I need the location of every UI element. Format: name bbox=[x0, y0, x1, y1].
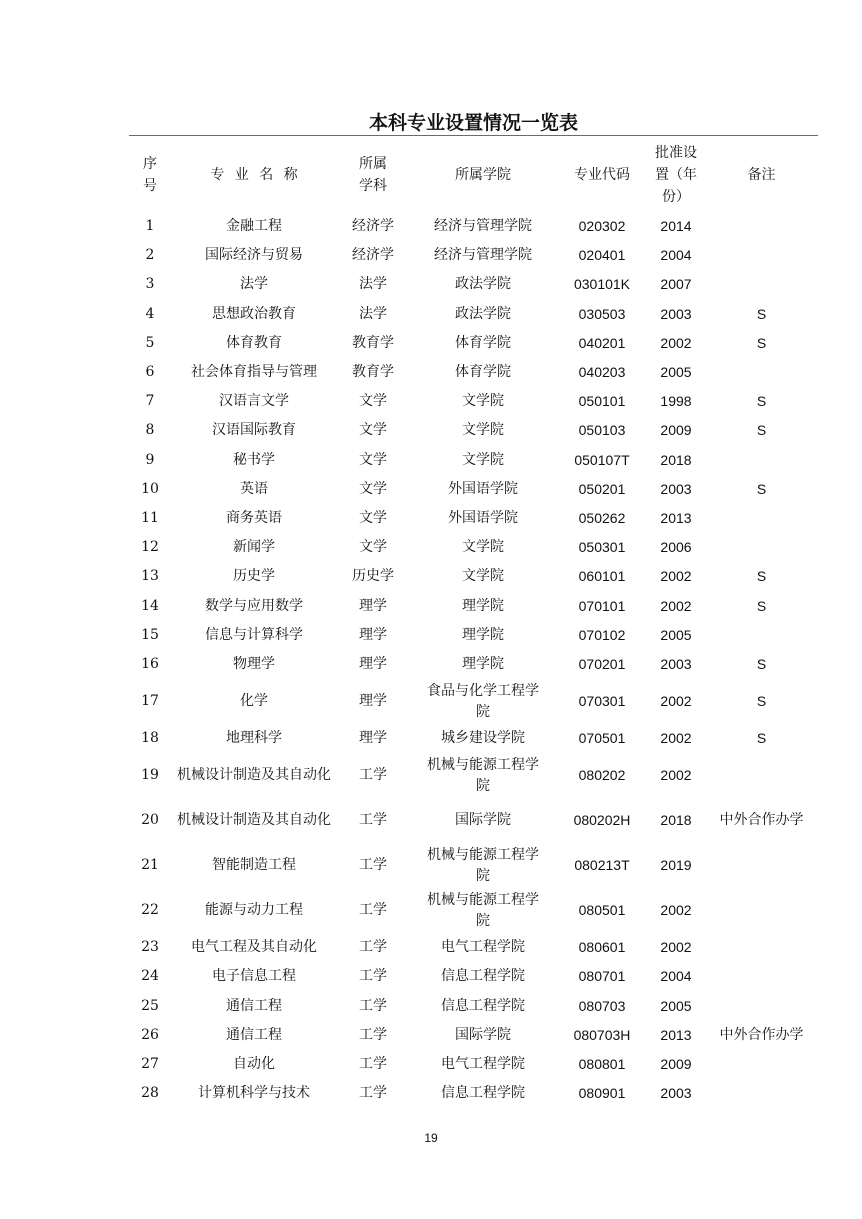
table-row: 3法学法学政法学院030101K2007 bbox=[129, 270, 818, 299]
cell-code: 040203 bbox=[557, 358, 647, 387]
cell-year: 2003 bbox=[647, 300, 705, 329]
cell-note: S bbox=[705, 387, 818, 416]
table-row: 23电气工程及其自动化工学电气工程学院0806012002 bbox=[129, 933, 818, 962]
header-name: 专 业 名 称 bbox=[171, 138, 337, 212]
cell-year: 2002 bbox=[647, 679, 705, 724]
table-row: 5体育教育教育学体育学院0402012002S bbox=[129, 329, 818, 358]
cell-year: 2002 bbox=[647, 933, 705, 962]
cell-year: 2009 bbox=[647, 416, 705, 445]
cell-note: S bbox=[705, 679, 818, 724]
cell-year: 2009 bbox=[647, 1050, 705, 1079]
cell-no: 22 bbox=[129, 888, 171, 933]
cell-no: 27 bbox=[129, 1050, 171, 1079]
table-row: 7汉语言文学文学文学院0501011998S bbox=[129, 387, 818, 416]
cell-college: 政法学院 bbox=[409, 270, 557, 299]
cell-note bbox=[705, 446, 818, 475]
cell-name: 社会体育指导与管理 bbox=[171, 358, 337, 387]
cell-discipline: 工学 bbox=[337, 1021, 409, 1050]
cell-year: 2002 bbox=[647, 562, 705, 591]
table-row: 13历史学历史学文学院0601012002S bbox=[129, 562, 818, 591]
cell-name: 电子信息工程 bbox=[171, 962, 337, 991]
cell-year: 2005 bbox=[647, 358, 705, 387]
cell-discipline: 教育学 bbox=[337, 358, 409, 387]
cell-year: 2003 bbox=[647, 1079, 705, 1108]
cell-name: 化学 bbox=[171, 679, 337, 724]
cell-college: 理学院 bbox=[409, 621, 557, 650]
cell-discipline: 工学 bbox=[337, 962, 409, 991]
cell-note bbox=[705, 270, 818, 299]
table-row: 21智能制造工程工学机械与能源工程学院080213T2019 bbox=[129, 843, 818, 888]
cell-note: S bbox=[705, 416, 818, 445]
title-rule bbox=[129, 135, 818, 136]
cell-code: 080213T bbox=[557, 843, 647, 888]
cell-no: 13 bbox=[129, 562, 171, 591]
cell-code: 030101K bbox=[557, 270, 647, 299]
cell-note bbox=[705, 1079, 818, 1108]
cell-name: 国际经济与贸易 bbox=[171, 241, 337, 270]
page-number: 19 bbox=[0, 1131, 862, 1145]
cell-name: 机械设计制造及其自动化 bbox=[171, 753, 337, 798]
cell-code: 080703 bbox=[557, 992, 647, 1021]
cell-year: 2005 bbox=[647, 992, 705, 1021]
cell-code: 050301 bbox=[557, 533, 647, 562]
table-row: 4思想政治教育法学政法学院0305032003S bbox=[129, 300, 818, 329]
cell-college: 经济与管理学院 bbox=[409, 241, 557, 270]
cell-code: 080703H bbox=[557, 1021, 647, 1050]
cell-year: 2006 bbox=[647, 533, 705, 562]
cell-code: 050101 bbox=[557, 387, 647, 416]
cell-discipline: 工学 bbox=[337, 798, 409, 843]
cell-no: 5 bbox=[129, 329, 171, 358]
cell-year: 2004 bbox=[647, 241, 705, 270]
cell-college: 国际学院 bbox=[409, 1021, 557, 1050]
cell-discipline: 理学 bbox=[337, 621, 409, 650]
cell-note bbox=[705, 621, 818, 650]
header-no: 序号 bbox=[129, 138, 171, 212]
cell-no: 9 bbox=[129, 446, 171, 475]
table-row: 11商务英语文学外国语学院0502622013 bbox=[129, 504, 818, 533]
cell-college: 机械与能源工程学院 bbox=[409, 753, 557, 798]
cell-college: 体育学院 bbox=[409, 358, 557, 387]
cell-note bbox=[705, 933, 818, 962]
cell-discipline: 法学 bbox=[337, 270, 409, 299]
table-header-row: 序号 专 业 名 称 所属学科 所属学院 专业代码 批准设置（年份） 备注 bbox=[129, 138, 818, 212]
cell-year: 2018 bbox=[647, 446, 705, 475]
cell-discipline: 工学 bbox=[337, 933, 409, 962]
cell-note bbox=[705, 1050, 818, 1079]
cell-note bbox=[705, 358, 818, 387]
document-page: 本科专业设置情况一览表 序号 专 业 名 称 所属学科 所属学院 专业代码 批准… bbox=[0, 0, 862, 1219]
cell-no: 16 bbox=[129, 650, 171, 679]
cell-no: 20 bbox=[129, 798, 171, 843]
cell-discipline: 文学 bbox=[337, 416, 409, 445]
cell-college: 电气工程学院 bbox=[409, 1050, 557, 1079]
cell-year: 2002 bbox=[647, 724, 705, 753]
header-discipline: 所属学科 bbox=[337, 138, 409, 212]
cell-college: 文学院 bbox=[409, 387, 557, 416]
cell-note: S bbox=[705, 591, 818, 620]
cell-college: 文学院 bbox=[409, 533, 557, 562]
cell-note bbox=[705, 888, 818, 933]
cell-no: 14 bbox=[129, 591, 171, 620]
table-row: 25通信工程工学信息工程学院0807032005 bbox=[129, 992, 818, 1021]
cell-name: 历史学 bbox=[171, 562, 337, 591]
cell-discipline: 理学 bbox=[337, 591, 409, 620]
cell-discipline: 理学 bbox=[337, 724, 409, 753]
table-row: 19机械设计制造及其自动化工学机械与能源工程学院0802022002 bbox=[129, 753, 818, 798]
cell-note bbox=[705, 992, 818, 1021]
cell-code: 080202H bbox=[557, 798, 647, 843]
cell-college: 理学院 bbox=[409, 650, 557, 679]
cell-code: 050107T bbox=[557, 446, 647, 475]
cell-college: 食品与化学工程学院 bbox=[409, 679, 557, 724]
cell-name: 自动化 bbox=[171, 1050, 337, 1079]
cell-name: 能源与动力工程 bbox=[171, 888, 337, 933]
cell-no: 21 bbox=[129, 843, 171, 888]
cell-code: 040201 bbox=[557, 329, 647, 358]
table-row: 8汉语国际教育文学文学院0501032009S bbox=[129, 416, 818, 445]
cell-name: 商务英语 bbox=[171, 504, 337, 533]
cell-year: 2002 bbox=[647, 591, 705, 620]
cell-year: 2007 bbox=[647, 270, 705, 299]
cell-discipline: 文学 bbox=[337, 475, 409, 504]
cell-college: 文学院 bbox=[409, 446, 557, 475]
cell-discipline: 经济学 bbox=[337, 212, 409, 241]
cell-note bbox=[705, 962, 818, 991]
cell-name: 汉语言文学 bbox=[171, 387, 337, 416]
table-row: 10英语文学外国语学院0502012003S bbox=[129, 475, 818, 504]
cell-discipline: 文学 bbox=[337, 533, 409, 562]
cell-name: 金融工程 bbox=[171, 212, 337, 241]
cell-name: 物理学 bbox=[171, 650, 337, 679]
cell-note bbox=[705, 533, 818, 562]
cell-discipline: 工学 bbox=[337, 843, 409, 888]
cell-note bbox=[705, 212, 818, 241]
cell-year: 2002 bbox=[647, 888, 705, 933]
header-note: 备注 bbox=[705, 138, 818, 212]
cell-discipline: 理学 bbox=[337, 679, 409, 724]
header-code: 专业代码 bbox=[557, 138, 647, 212]
cell-code: 080801 bbox=[557, 1050, 647, 1079]
table-row: 28计算机科学与技术工学信息工程学院0809012003 bbox=[129, 1079, 818, 1108]
table-row: 24电子信息工程工学信息工程学院0807012004 bbox=[129, 962, 818, 991]
cell-no: 26 bbox=[129, 1021, 171, 1050]
cell-name: 通信工程 bbox=[171, 992, 337, 1021]
page-title: 本科专业设置情况一览表 bbox=[129, 108, 818, 135]
cell-note bbox=[705, 241, 818, 270]
cell-discipline: 文学 bbox=[337, 504, 409, 533]
table-row: 20机械设计制造及其自动化工学国际学院080202H2018中外合作办学 bbox=[129, 798, 818, 843]
cell-code: 080501 bbox=[557, 888, 647, 933]
cell-no: 24 bbox=[129, 962, 171, 991]
cell-code: 020302 bbox=[557, 212, 647, 241]
cell-discipline: 工学 bbox=[337, 992, 409, 1021]
cell-discipline: 工学 bbox=[337, 1050, 409, 1079]
cell-year: 2002 bbox=[647, 329, 705, 358]
cell-no: 8 bbox=[129, 416, 171, 445]
cell-code: 070201 bbox=[557, 650, 647, 679]
cell-name: 信息与计算科学 bbox=[171, 621, 337, 650]
cell-discipline: 法学 bbox=[337, 300, 409, 329]
cell-college: 理学院 bbox=[409, 591, 557, 620]
cell-name: 新闻学 bbox=[171, 533, 337, 562]
cell-discipline: 教育学 bbox=[337, 329, 409, 358]
table-body: 1金融工程经济学经济与管理学院02030220142国际经济与贸易经济学经济与管… bbox=[129, 212, 818, 1108]
table-row: 14数学与应用数学理学理学院0701012002S bbox=[129, 591, 818, 620]
cell-year: 2018 bbox=[647, 798, 705, 843]
cell-name: 地理科学 bbox=[171, 724, 337, 753]
cell-no: 1 bbox=[129, 212, 171, 241]
cell-college: 政法学院 bbox=[409, 300, 557, 329]
cell-college: 电气工程学院 bbox=[409, 933, 557, 962]
cell-code: 080701 bbox=[557, 962, 647, 991]
cell-code: 030503 bbox=[557, 300, 647, 329]
cell-year: 2003 bbox=[647, 475, 705, 504]
cell-year: 1998 bbox=[647, 387, 705, 416]
majors-table: 序号 专 业 名 称 所属学科 所属学院 专业代码 批准设置（年份） 备注 1金… bbox=[129, 138, 818, 1108]
cell-college: 机械与能源工程学院 bbox=[409, 888, 557, 933]
cell-discipline: 文学 bbox=[337, 446, 409, 475]
cell-name: 计算机科学与技术 bbox=[171, 1079, 337, 1108]
cell-no: 23 bbox=[129, 933, 171, 962]
cell-discipline: 历史学 bbox=[337, 562, 409, 591]
cell-name: 秘书学 bbox=[171, 446, 337, 475]
cell-name: 电气工程及其自动化 bbox=[171, 933, 337, 962]
cell-code: 070102 bbox=[557, 621, 647, 650]
cell-name: 法学 bbox=[171, 270, 337, 299]
cell-college: 城乡建设学院 bbox=[409, 724, 557, 753]
cell-note: 中外合作办学 bbox=[705, 798, 818, 843]
cell-discipline: 工学 bbox=[337, 888, 409, 933]
cell-no: 28 bbox=[129, 1079, 171, 1108]
header-year: 批准设置（年份） bbox=[647, 138, 705, 212]
cell-note: S bbox=[705, 724, 818, 753]
table-row: 26通信工程工学国际学院080703H2013中外合作办学 bbox=[129, 1021, 818, 1050]
cell-discipline: 工学 bbox=[337, 1079, 409, 1108]
cell-no: 6 bbox=[129, 358, 171, 387]
cell-name: 思想政治教育 bbox=[171, 300, 337, 329]
cell-no: 18 bbox=[129, 724, 171, 753]
cell-no: 11 bbox=[129, 504, 171, 533]
cell-no: 25 bbox=[129, 992, 171, 1021]
cell-note: S bbox=[705, 300, 818, 329]
cell-code: 080202 bbox=[557, 753, 647, 798]
cell-no: 2 bbox=[129, 241, 171, 270]
cell-code: 060101 bbox=[557, 562, 647, 591]
header-college: 所属学院 bbox=[409, 138, 557, 212]
cell-note bbox=[705, 753, 818, 798]
cell-discipline: 文学 bbox=[337, 387, 409, 416]
cell-note: S bbox=[705, 475, 818, 504]
cell-no: 7 bbox=[129, 387, 171, 416]
table-row: 12新闻学文学文学院0503012006 bbox=[129, 533, 818, 562]
cell-note: S bbox=[705, 650, 818, 679]
cell-name: 通信工程 bbox=[171, 1021, 337, 1050]
cell-name: 英语 bbox=[171, 475, 337, 504]
table-row: 1金融工程经济学经济与管理学院0203022014 bbox=[129, 212, 818, 241]
cell-no: 17 bbox=[129, 679, 171, 724]
cell-college: 信息工程学院 bbox=[409, 992, 557, 1021]
cell-year: 2019 bbox=[647, 843, 705, 888]
cell-discipline: 经济学 bbox=[337, 241, 409, 270]
cell-note: S bbox=[705, 562, 818, 591]
cell-college: 经济与管理学院 bbox=[409, 212, 557, 241]
cell-code: 070301 bbox=[557, 679, 647, 724]
cell-college: 国际学院 bbox=[409, 798, 557, 843]
cell-code: 070501 bbox=[557, 724, 647, 753]
cell-name: 体育教育 bbox=[171, 329, 337, 358]
cell-year: 2003 bbox=[647, 650, 705, 679]
table-row: 15信息与计算科学理学理学院0701022005 bbox=[129, 621, 818, 650]
table-row: 18地理科学理学城乡建设学院0705012002S bbox=[129, 724, 818, 753]
cell-college: 信息工程学院 bbox=[409, 1079, 557, 1108]
cell-name: 机械设计制造及其自动化 bbox=[171, 798, 337, 843]
cell-year: 2013 bbox=[647, 504, 705, 533]
cell-year: 2014 bbox=[647, 212, 705, 241]
cell-college: 外国语学院 bbox=[409, 504, 557, 533]
cell-college: 体育学院 bbox=[409, 329, 557, 358]
table-row: 6社会体育指导与管理教育学体育学院0402032005 bbox=[129, 358, 818, 387]
table-row: 16物理学理学理学院0702012003S bbox=[129, 650, 818, 679]
cell-no: 19 bbox=[129, 753, 171, 798]
cell-no: 12 bbox=[129, 533, 171, 562]
cell-college: 文学院 bbox=[409, 562, 557, 591]
cell-note: 中外合作办学 bbox=[705, 1021, 818, 1050]
cell-code: 050262 bbox=[557, 504, 647, 533]
cell-code: 080901 bbox=[557, 1079, 647, 1108]
cell-discipline: 理学 bbox=[337, 650, 409, 679]
cell-note: S bbox=[705, 329, 818, 358]
table-row: 2国际经济与贸易经济学经济与管理学院0204012004 bbox=[129, 241, 818, 270]
cell-no: 15 bbox=[129, 621, 171, 650]
cell-year: 2004 bbox=[647, 962, 705, 991]
table-row: 17化学理学食品与化学工程学院0703012002S bbox=[129, 679, 818, 724]
cell-code: 050103 bbox=[557, 416, 647, 445]
cell-college: 信息工程学院 bbox=[409, 962, 557, 991]
cell-discipline: 工学 bbox=[337, 753, 409, 798]
cell-year: 2002 bbox=[647, 753, 705, 798]
cell-year: 2005 bbox=[647, 621, 705, 650]
cell-name: 汉语国际教育 bbox=[171, 416, 337, 445]
cell-college: 文学院 bbox=[409, 416, 557, 445]
cell-name: 智能制造工程 bbox=[171, 843, 337, 888]
cell-no: 4 bbox=[129, 300, 171, 329]
cell-year: 2013 bbox=[647, 1021, 705, 1050]
table-row: 22能源与动力工程工学机械与能源工程学院0805012002 bbox=[129, 888, 818, 933]
cell-college: 机械与能源工程学院 bbox=[409, 843, 557, 888]
table-row: 9秘书学文学文学院050107T2018 bbox=[129, 446, 818, 475]
cell-note bbox=[705, 843, 818, 888]
cell-no: 3 bbox=[129, 270, 171, 299]
table-row: 27自动化工学电气工程学院0808012009 bbox=[129, 1050, 818, 1079]
cell-no: 10 bbox=[129, 475, 171, 504]
cell-code: 080601 bbox=[557, 933, 647, 962]
cell-code: 020401 bbox=[557, 241, 647, 270]
cell-note bbox=[705, 504, 818, 533]
cell-name: 数学与应用数学 bbox=[171, 591, 337, 620]
cell-code: 050201 bbox=[557, 475, 647, 504]
cell-college: 外国语学院 bbox=[409, 475, 557, 504]
cell-code: 070101 bbox=[557, 591, 647, 620]
